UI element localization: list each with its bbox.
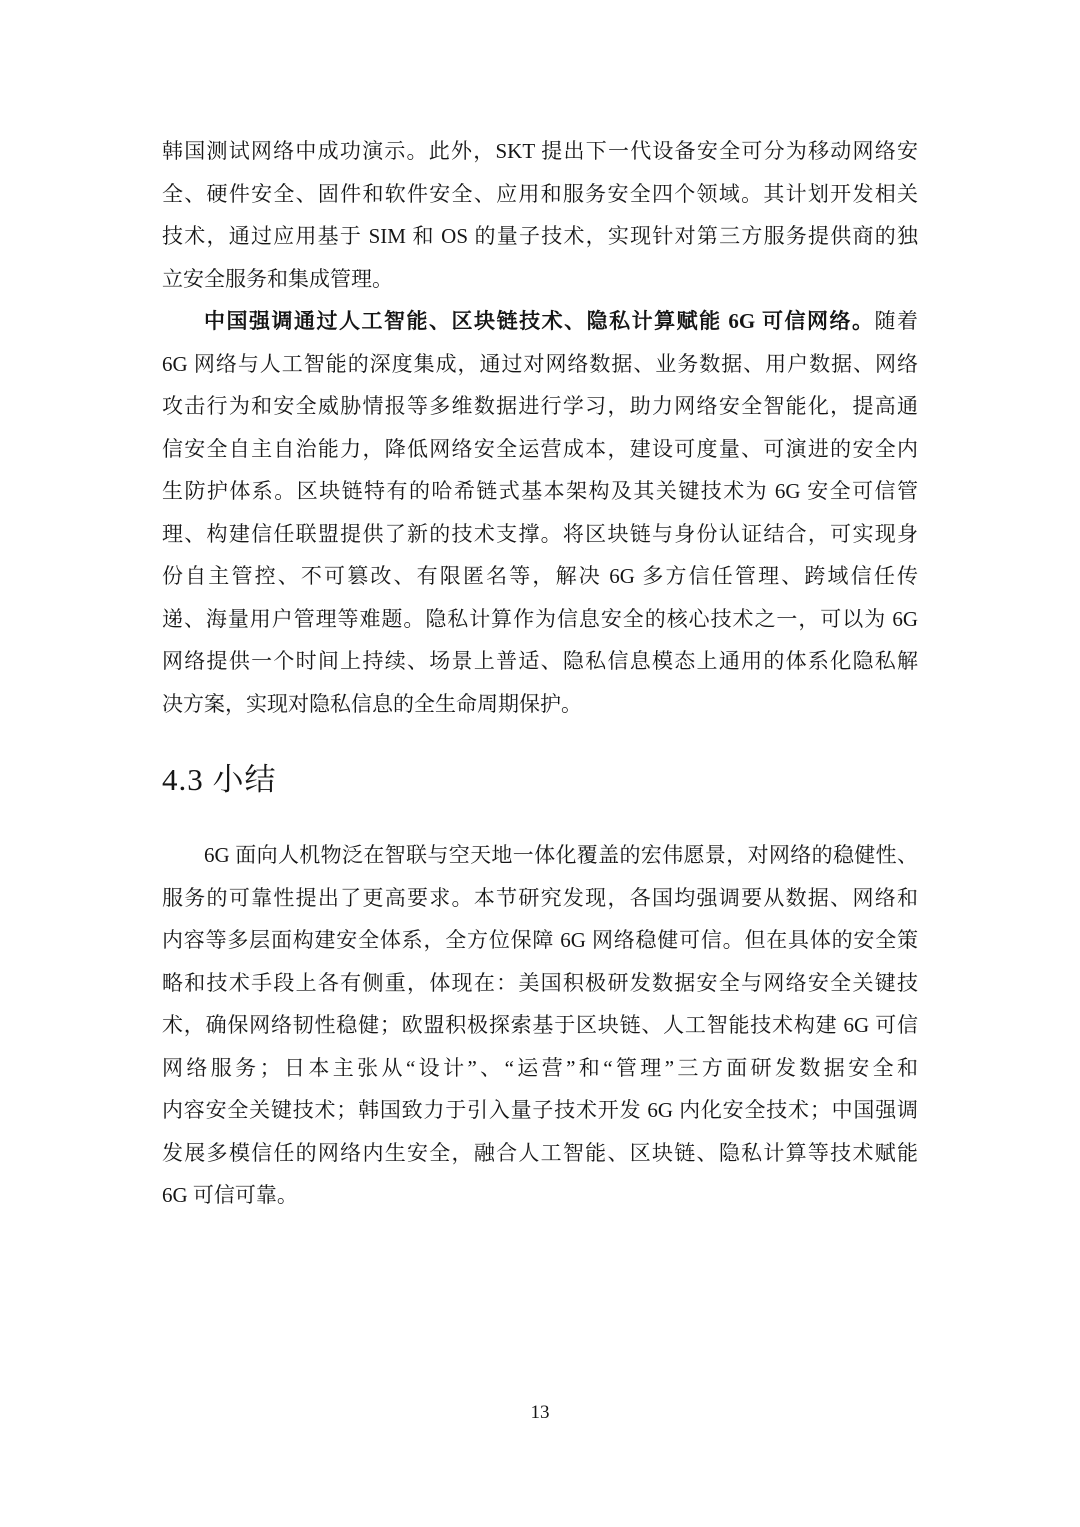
bold-lead-sentence: 中国强调通过人工智能、区块链技术、隐私计算赋能 6G 可信网络。 [204,309,874,333]
text-line: 理、构建信任联盟提供了新的技术支撑。将区块链与身份认证结合，可实现身 [162,513,918,556]
body-text: 递、海量用户管理等难题。隐私计算作为信息安全的核心技术之一，可以为 6G [162,607,918,631]
body-text: 随着 [874,309,918,333]
text-line: 6G 网络与人工智能的深度集成，通过对网络数据、业务数据、用户数据、网络 [162,343,918,386]
body-text: 立安全服务和集成管理。 [162,267,393,291]
body-text: 发展多模信任的网络内生安全，融合人工智能、区块链、隐私计算等技术赋能 [162,1141,918,1165]
body-text: 信安全自主自治能力，降低网络安全运营成本，建设可度量、可演进的安全内 [162,437,918,461]
text-line: 韩国测试网络中成功演示。此外，SKT 提出下一代设备安全可分为移动网络安 [162,130,918,173]
text-line: 略和技术手段上各有侧重，体现在：美国积极研发数据安全与网络安全关键技 [162,962,918,1005]
paragraph-korea-skt: 韩国测试网络中成功演示。此外，SKT 提出下一代设备安全可分为移动网络安全、硬件… [162,130,918,300]
body-text: 6G 可信可靠。 [162,1183,298,1207]
text-line: 内容安全关键技术；韩国致力于引入量子技术开发 6G 内化安全技术；中国强调 [162,1089,918,1132]
text-line: 立安全服务和集成管理。 [162,258,918,301]
text-line: 技术，通过应用基于 SIM 和 OS 的量子技术，实现针对第三方服务提供商的独 [162,215,918,258]
body-text: 全、硬件安全、固件和软件安全、应用和服务安全四个领域。其计划开发相关 [162,182,918,206]
page-number: 13 [0,1398,1080,1428]
text-line: 信安全自主自治能力，降低网络安全运营成本，建设可度量、可演进的安全内 [162,428,918,471]
body-text: 理、构建信任联盟提供了新的技术支撑。将区块链与身份认证结合，可实现身 [162,522,918,546]
body-text: 网络服务；日本主张从“设计”、“运营”和“管理”三方面研发数据安全和 [162,1056,918,1080]
body-text: 内容等多层面构建安全体系，全方位保障 6G 网络稳健可信。但在具体的安全策 [162,928,918,952]
text-line: 术，确保网络韧性稳健；欧盟积极探索基于区块链、人工智能技术构建 6G 可信 [162,1004,918,1047]
text-line: 内容等多层面构建安全体系，全方位保障 6G 网络稳健可信。但在具体的安全策 [162,919,918,962]
text-line: 递、海量用户管理等难题。隐私计算作为信息安全的核心技术之一，可以为 6G [162,598,918,641]
text-line: 网络提供一个时间上持续、场景上普适、隐私信息模态上通用的体系化隐私解 [162,640,918,683]
body-text: 略和技术手段上各有侧重，体现在：美国积极研发数据安全与网络安全关键技 [162,971,918,995]
body-text: 内容安全关键技术；韩国致力于引入量子技术开发 6G 内化安全技术；中国强调 [162,1098,918,1122]
body-text: 6G 面向人机物泛在智联与空天地一体化覆盖的宏伟愿景，对网络的稳健性、 [204,843,918,867]
document-page: 韩国测试网络中成功演示。此外，SKT 提出下一代设备安全可分为移动网络安全、硬件… [0,0,1080,1527]
section-heading: 4.3 小结 [162,758,918,802]
body-text: 生防护体系。区块链特有的哈希链式基本架构及其关键技术为 6G 安全可信管 [162,479,918,503]
text-line: 发展多模信任的网络内生安全，融合人工智能、区块链、隐私计算等技术赋能 [162,1132,918,1175]
text-line: 决方案，实现对隐私信息的全生命周期保护。 [162,683,918,726]
body-text: 份自主管控、不可篡改、有限匿名等，解决 6G 多方信任管理、跨域信任传 [162,564,918,588]
text-line: 网络服务；日本主张从“设计”、“运营”和“管理”三方面研发数据安全和 [162,1047,918,1090]
body-text: 攻击行为和安全威胁情报等多维数据进行学习，助力网络安全智能化，提高通 [162,394,918,418]
body-text: 服务的可靠性提出了更高要求。本节研究发现，各国均强调要从数据、网络和 [162,886,918,910]
text-line: 6G 面向人机物泛在智联与空天地一体化覆盖的宏伟愿景，对网络的稳健性、 [162,834,918,877]
paragraph-china-trusted-network: 中国强调通过人工智能、区块链技术、隐私计算赋能 6G 可信网络。随着6G 网络与… [162,300,918,725]
body-text: 6G 网络与人工智能的深度集成，通过对网络数据、业务数据、用户数据、网络 [162,352,918,376]
text-line: 服务的可靠性提出了更高要求。本节研究发现，各国均强调要从数据、网络和 [162,877,918,920]
body-text: 韩国测试网络中成功演示。此外，SKT 提出下一代设备安全可分为移动网络安 [162,139,918,163]
body-text: 决方案，实现对隐私信息的全生命周期保护。 [162,692,582,716]
text-blocks: 韩国测试网络中成功演示。此外，SKT 提出下一代设备安全可分为移动网络安全、硬件… [162,130,918,1217]
text-line: 全、硬件安全、固件和软件安全、应用和服务安全四个领域。其计划开发相关 [162,173,918,216]
body-text: 术，确保网络韧性稳健；欧盟积极探索基于区块链、人工智能技术构建 6G 可信 [162,1013,918,1037]
paragraph-summary: 6G 面向人机物泛在智联与空天地一体化覆盖的宏伟愿景，对网络的稳健性、服务的可靠… [162,834,918,1217]
page-content: 韩国测试网络中成功演示。此外，SKT 提出下一代设备安全可分为移动网络安全、硬件… [162,130,918,1217]
text-line: 生防护体系。区块链特有的哈希链式基本架构及其关键技术为 6G 安全可信管 [162,470,918,513]
text-line: 攻击行为和安全威胁情报等多维数据进行学习，助力网络安全智能化，提高通 [162,385,918,428]
text-line: 6G 可信可靠。 [162,1174,918,1217]
body-text: 技术，通过应用基于 SIM 和 OS 的量子技术，实现针对第三方服务提供商的独 [162,224,918,248]
text-line: 份自主管控、不可篡改、有限匿名等，解决 6G 多方信任管理、跨域信任传 [162,555,918,598]
text-line: 中国强调通过人工智能、区块链技术、隐私计算赋能 6G 可信网络。随着 [162,300,918,343]
body-text: 网络提供一个时间上持续、场景上普适、隐私信息模态上通用的体系化隐私解 [162,649,918,673]
